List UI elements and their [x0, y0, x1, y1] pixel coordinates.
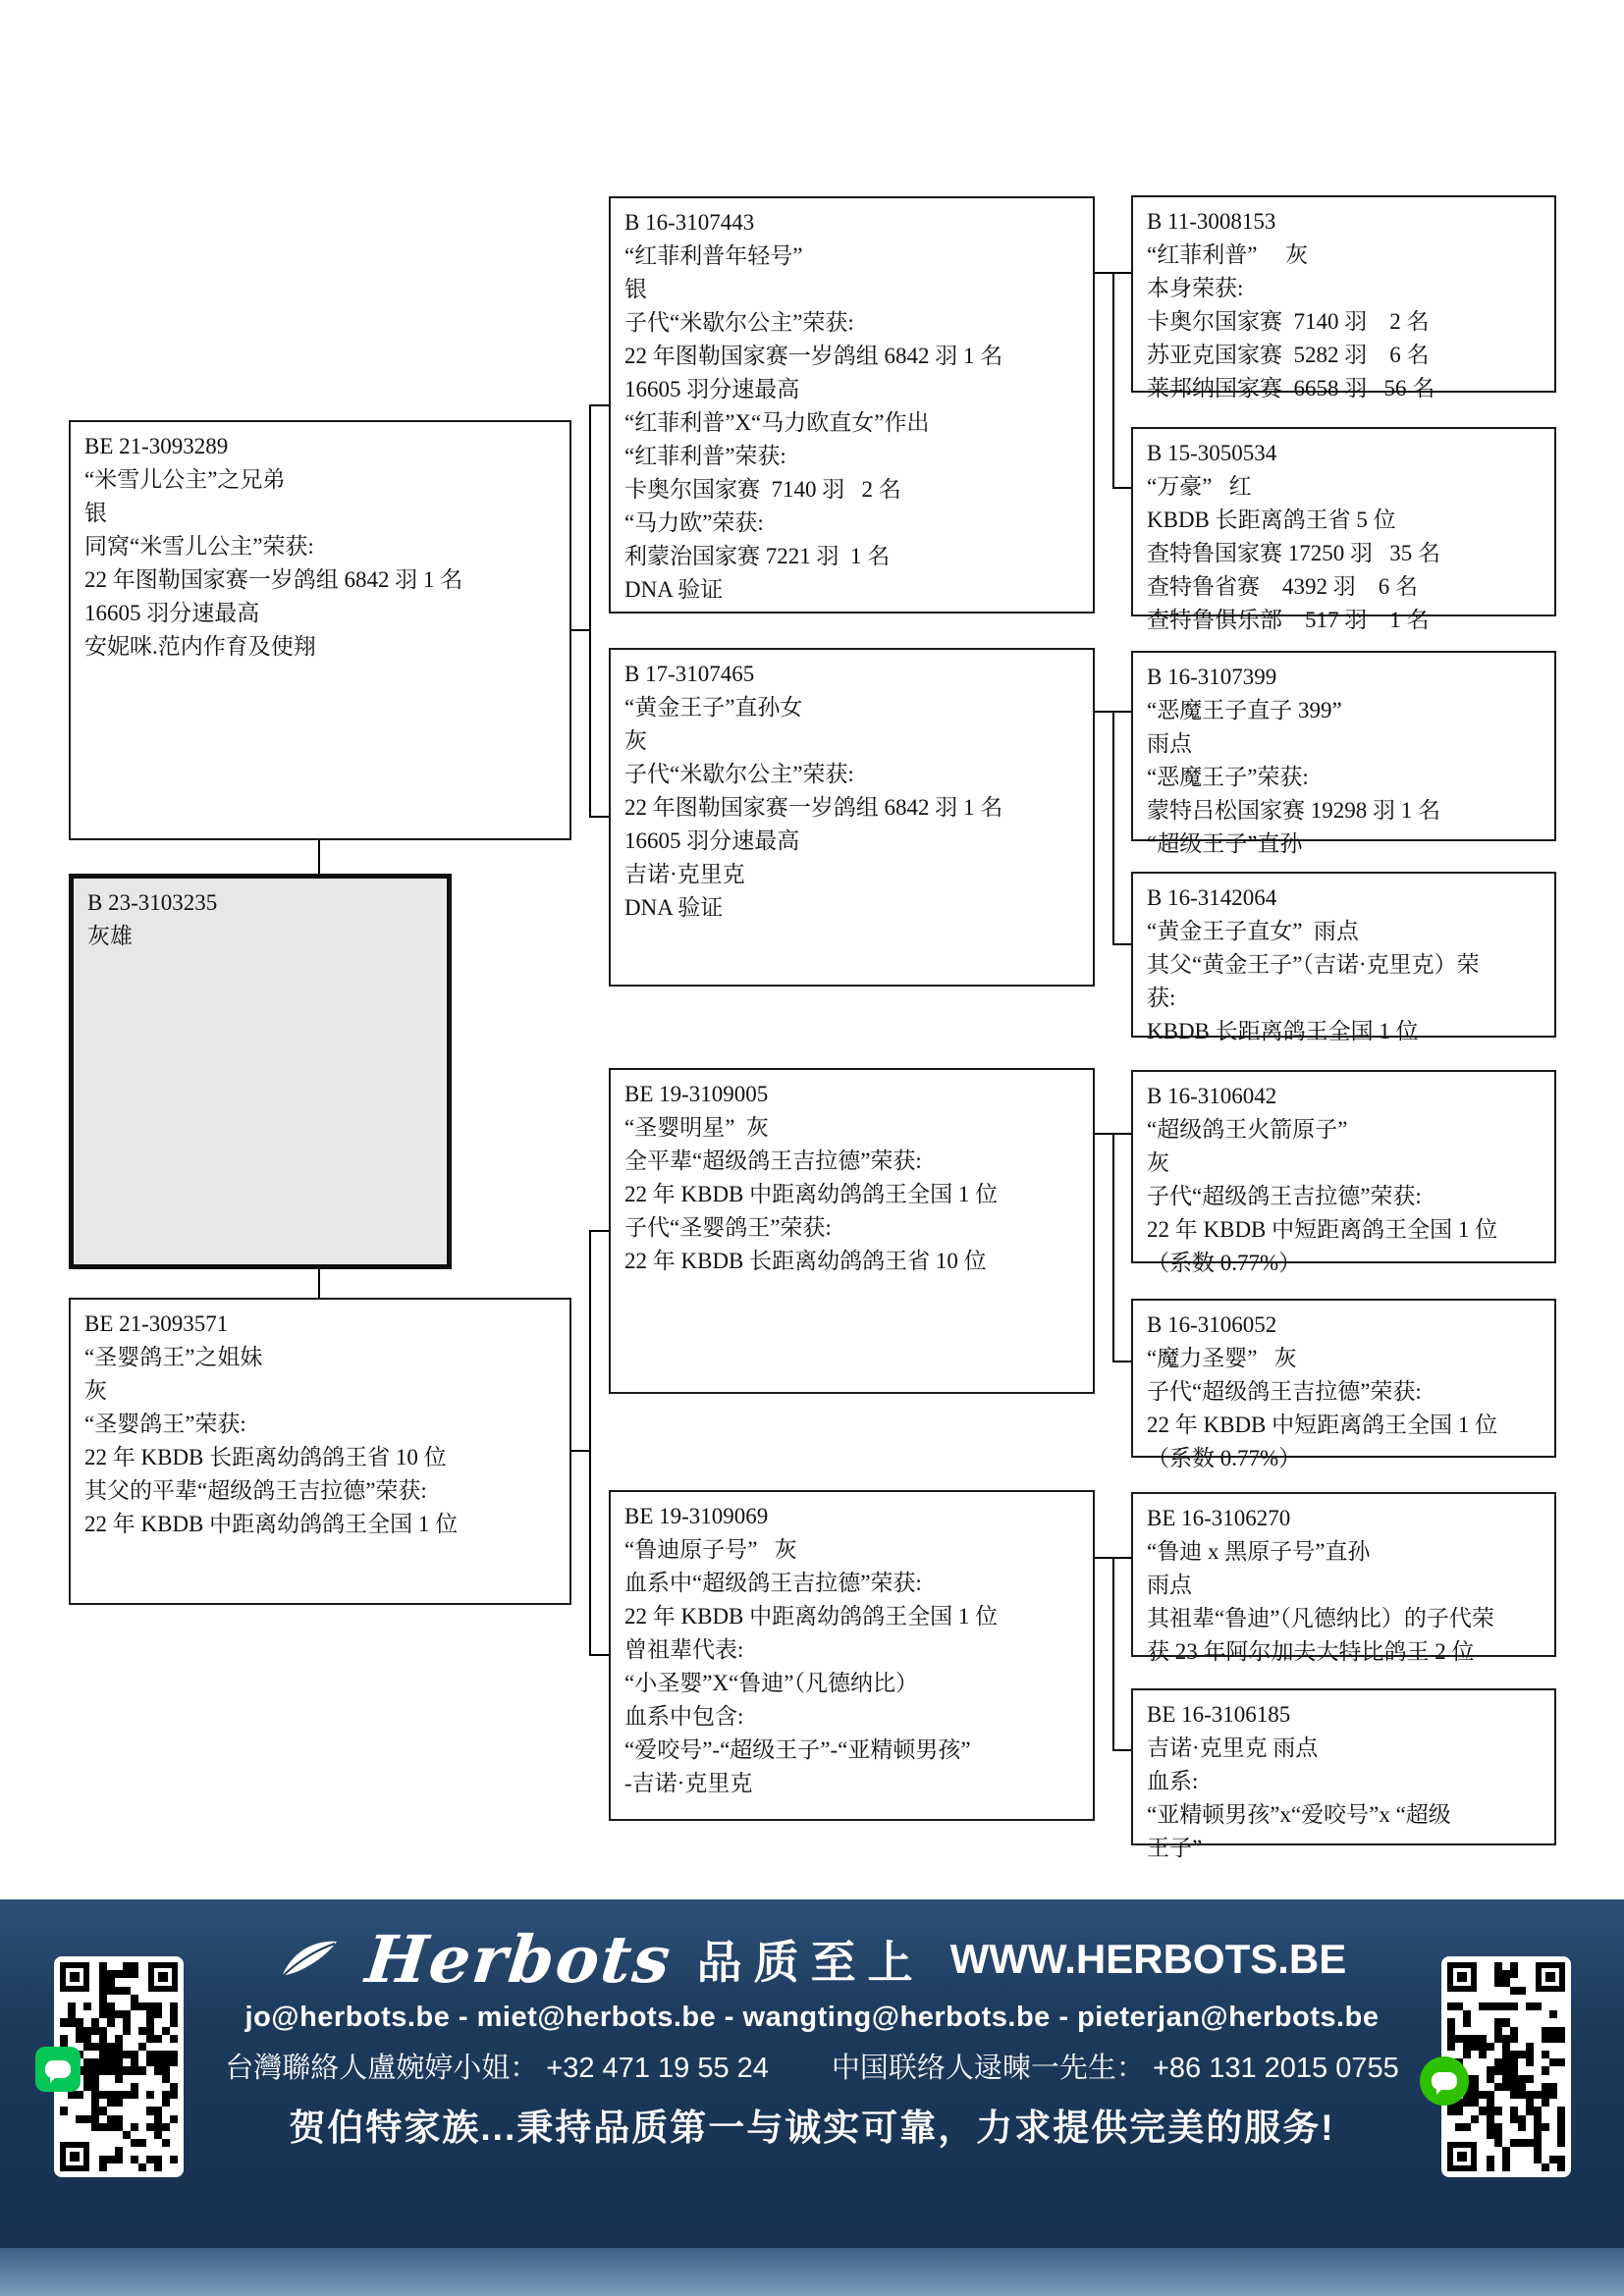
pedigree-text-line: 安妮咪.范内作育及使翔 [84, 630, 560, 664]
pedigree-text-line: B 11-3008153 [1147, 205, 1544, 239]
pedigree-text-line: 王子” [1147, 1832, 1544, 1865]
pedigree-text-line: 查特鲁俱乐部 517 羽 1 名 [1147, 604, 1544, 637]
pedigree-text-line: 22 年 KBDB 中短距离鸽王全国 1 位 [1147, 1409, 1544, 1442]
pedigree-text-line: 16605 羽分速最高 [624, 825, 1083, 858]
pedigree-text-line: B 23-3103235 [87, 886, 437, 920]
connector-line [589, 404, 609, 406]
qr-finder-icon [1447, 1962, 1477, 1992]
pedigree-text-line: 雨点 [1147, 727, 1544, 761]
connector-line [589, 1230, 591, 1656]
connector-line [589, 1230, 609, 1232]
pedigree-text-line: -吉诺·克里克 [624, 1767, 1083, 1800]
pedigree-text-line: B 16-3142064 [1147, 881, 1544, 915]
pedigree-text-line: KBDB 长距离鸽王省 5 位 [1147, 504, 1544, 537]
connector-line [589, 404, 591, 818]
pedigree-text-line: “鲁迪 x 黑原子号”直孙 [1147, 1535, 1544, 1569]
pedigree-text-line: 其父的平辈“超级鸽王吉拉德”荣获: [84, 1474, 560, 1508]
connector-line [318, 840, 320, 874]
connector-line [1112, 1557, 1114, 1751]
pedigree-box-father: BE 21-3093289“米雪儿公主”之兄弟银同窝“米雪儿公主”荣获:22 年… [69, 420, 571, 840]
pedigree-box-grandsire-1: B 16-3107443“红菲利普年轻号”银子代“米歇尔公主”荣获:22 年图勒… [609, 196, 1095, 614]
footer-banner: Herbots 品质至上 WWW.HERBOTS.BE jo@herbots.b… [0, 1899, 1624, 2248]
pedigree-text-line: “超级王子”直孙 [1147, 828, 1544, 861]
pedigree-text-line: 莱邦纳国家赛 6658 羽 56 名 [1147, 372, 1544, 405]
pedigree-text-line: “亚精顿男孩”x“爱咬号”x “超级 [1147, 1798, 1544, 1832]
connector-line [589, 1654, 609, 1656]
pedigree-text-line: 22 年 KBDB 长距离幼鸽鸽王省 10 位 [84, 1441, 560, 1474]
pedigree-text-line: 吉诺·克里克 [624, 858, 1083, 891]
pedigree-text-line: 同窝“米雪儿公主”荣获: [84, 530, 560, 563]
pedigree-text-line: 灰 [84, 1374, 560, 1408]
pedigree-text-line: “圣婴鸽王”荣获: [84, 1408, 560, 1441]
pedigree-text-line: 22 年图勒国家赛一岁鸽组 6842 羽 1 名 [624, 340, 1083, 373]
pedigree-box-granddam-1: B 17-3107465“黄金王子”直孙女灰子代“米歇尔公主”荣获:22 年图勒… [609, 648, 1095, 987]
pedigree-text-line: （系数 0.77%） [1147, 1442, 1544, 1475]
pedigree-box-grandsire-2: BE 19-3109005“圣婴明星” 灰全平辈“超级鸽王吉拉德”荣获:22 年… [609, 1068, 1095, 1394]
pedigree-text-line: “鲁迪原子号” 灰 [624, 1533, 1083, 1567]
pedigree-text-line: 22 年 KBDB 中距离幼鸽鸽王全国 1 位 [624, 1178, 1083, 1211]
pedigree-text-line: 灰 [1147, 1147, 1544, 1180]
pedigree-text-line: 子代“超级鸽王吉拉德”荣获: [1147, 1180, 1544, 1213]
pedigree-text-line: B 16-3106052 [1147, 1308, 1544, 1342]
pedigree-text-line: 22 年 KBDB 中距离幼鸽鸽王全国 1 位 [84, 1508, 560, 1541]
contact-china: 中国联络人逯暕一先生： +86 131 2015 0755 [832, 2046, 1399, 2086]
line-app-icon [35, 2047, 81, 2092]
website-url: WWW.HERBOTS.BE [950, 1936, 1347, 1983]
pedigree-text-line: “圣婴鸽王”之姐妹 [84, 1341, 560, 1374]
pedigree-text-line: 血系: [1147, 1765, 1544, 1798]
qr-finder-icon [60, 1962, 89, 1992]
pedigree-text-line: 全平辈“超级鸽王吉拉德”荣获: [624, 1145, 1083, 1178]
pedigree-text-line: 蒙特吕松国家赛 19298 羽 1 名 [1147, 794, 1544, 828]
pedigree-text-line: 获 23 年阿尔加夫大特比鸽王 2 位 [1147, 1635, 1544, 1669]
connector-line [1112, 711, 1114, 945]
pedigree-box-ggp-8: BE 16-3106185吉诺·克里克 雨点血系:“亚精顿男孩”x“爱咬号”x … [1131, 1688, 1556, 1845]
pedigree-text-line: 利蒙治国家赛 7221 羽 1 名 [624, 540, 1083, 573]
brand-tagline: 品质至上 [697, 1927, 925, 1992]
pedigree-text-line: 子代“超级鸽王吉拉德”荣获: [1147, 1375, 1544, 1409]
pedigree-text-line: B 16-3107443 [624, 206, 1083, 240]
pedigree-text-line: B 16-3107399 [1147, 661, 1544, 694]
pedigree-text-line: 灰 [624, 724, 1083, 758]
contact-taiwan: 台灣聯絡人盧婉婷小姐： +32 471 19 55 24 [225, 2046, 769, 2086]
pedigree-page: BE 21-3093289“米雪儿公主”之兄弟银同窝“米雪儿公主”荣获:22 年… [0, 0, 1624, 2296]
footer-bottom-strip [0, 2248, 1624, 2296]
pedigree-text-line: “小圣婴”X“鲁迪”（凡德纳比） [624, 1667, 1083, 1700]
pedigree-text-line: “红菲利普”X“马力欧直女”作出 [624, 406, 1083, 440]
pedigree-text-line: 灰雄 [87, 920, 437, 953]
pedigree-text-line: 16605 羽分速最高 [624, 373, 1083, 406]
wechat-icon [1420, 2056, 1469, 2106]
pedigree-text-line: “黄金王子直女” 雨点 [1147, 915, 1544, 948]
pedigree-text-line: DNA 验证 [624, 891, 1083, 925]
footer-slogan: 贺伯特家族...秉持品质第一与诚实可靠，力求提供完美的服务! [289, 2098, 1334, 2151]
pedigree-text-line: （系数 0.77%） [1147, 1247, 1544, 1280]
pedigree-text-line: BE 19-3109069 [624, 1500, 1083, 1533]
connector-line [1112, 1749, 1131, 1751]
pedigree-text-line: 卡奥尔国家赛 7140 羽 2 名 [1147, 305, 1544, 339]
pedigree-text-line: B 15-3050534 [1147, 437, 1544, 470]
pedigree-text-line: 其祖辈“鲁迪”（凡德纳比）的子代荣 [1147, 1602, 1544, 1635]
pedigree-box-ggp-5: B 16-3106042“超级鸽王火箭原子”灰子代“超级鸽王吉拉德”荣获:22 … [1131, 1070, 1556, 1263]
pedigree-text-line: “黄金王子”直孙女 [624, 691, 1083, 724]
pedigree-text-line: BE 19-3109005 [624, 1078, 1083, 1111]
pedigree-text-line: BE 16-3106270 [1147, 1502, 1544, 1535]
pedigree-box-granddam-2: BE 19-3109069“鲁迪原子号” 灰血系中“超级鸽王吉拉德”荣获:22 … [609, 1490, 1095, 1821]
pedigree-text-line: DNA 验证 [624, 573, 1083, 607]
pedigree-box-ggp-7: BE 16-3106270“鲁迪 x 黑原子号”直孙雨点其祖辈“鲁迪”（凡德纳比… [1131, 1492, 1556, 1657]
pedigree-text-line: 22 年 KBDB 中短距离鸽王全国 1 位 [1147, 1213, 1544, 1247]
pedigree-text-line: BE 21-3093571 [84, 1308, 560, 1341]
pedigree-text-line: “米雪儿公主”之兄弟 [84, 463, 560, 497]
pedigree-text-line: 查特鲁省赛 4392 羽 6 名 [1147, 570, 1544, 604]
pedigree-text-line: KBDB 长距离鸽王全国 1 位 [1147, 1015, 1544, 1048]
brand-logo: Herbots [362, 1927, 675, 1992]
pedigree-text-line: “恶魔王子直子 399” [1147, 694, 1544, 727]
pedigree-text-line: BE 16-3106185 [1147, 1698, 1544, 1732]
pedigree-text-line: 曾祖辈代表: [624, 1633, 1083, 1667]
email-addresses: jo@herbots.be - miet@herbots.be - wangti… [245, 2002, 1380, 2034]
pedigree-text-line: 22 年图勒国家赛一岁鸽组 6842 羽 1 名 [84, 563, 560, 597]
pedigree-text-line: B 17-3107465 [624, 658, 1083, 691]
connector-line [1112, 272, 1114, 489]
pedigree-text-line: 其父“黄金王子”（吉诺·克里克）荣 [1147, 948, 1544, 982]
pedigree-text-line: 雨点 [1147, 1569, 1544, 1602]
qr-finder-icon [60, 2142, 89, 2171]
qr-finder-icon [148, 1962, 178, 1992]
pedigree-box-ggp-1: B 11-3008153“红菲利普” 灰本身荣获:卡奥尔国家赛 7140 羽 2… [1131, 195, 1556, 393]
connector-line [589, 816, 609, 818]
pedigree-text-line: 22 年 KBDB 中距离幼鸽鸽王全国 1 位 [624, 1600, 1083, 1633]
pedigree-text-line: 子代“圣婴鸽王”荣获: [624, 1211, 1083, 1245]
pedigree-text-line: 子代“米歇尔公主”荣获: [624, 758, 1083, 791]
pedigree-text-line: 血系中包含: [624, 1700, 1083, 1734]
connector-line [1112, 943, 1131, 945]
pedigree-text-line: 查特鲁国家赛 17250 羽 35 名 [1147, 537, 1544, 570]
connector-line [571, 629, 590, 631]
pedigree-text-line: “圣婴明星” 灰 [624, 1111, 1083, 1145]
pedigree-text-line: BE 21-3093289 [84, 430, 560, 463]
pedigree-text-line: 本身荣获: [1147, 272, 1544, 305]
connector-line [318, 1269, 320, 1298]
brand-row: Herbots 品质至上 WWW.HERBOTS.BE [278, 1927, 1347, 1992]
pedigree-text-line: 子代“米歇尔公主”荣获: [624, 306, 1083, 340]
pedigree-text-line: B 16-3106042 [1147, 1080, 1544, 1113]
pedigree-text-line: 苏亚克国家赛 5282 羽 6 名 [1147, 339, 1544, 372]
pedigree-text-line: “爱咬号”-“超级王子”-“亚精顿男孩” [624, 1734, 1083, 1767]
connector-line [1112, 1361, 1131, 1362]
pedigree-text-line: “红菲利普”荣获: [624, 440, 1083, 473]
pedigree-text-line: “红菲利普年轻号” [624, 240, 1083, 273]
footer-content: Herbots 品质至上 WWW.HERBOTS.BE jo@herbots.b… [201, 1927, 1423, 2151]
qr-finder-icon [1447, 2142, 1477, 2171]
pedigree-box-ggp-4: B 16-3142064“黄金王子直女” 雨点其父“黄金王子”（吉诺·克里克）荣… [1131, 872, 1556, 1038]
qr-finder-icon [1536, 1962, 1565, 1992]
connector-line [571, 1450, 590, 1452]
pedigree-text-line: 22 年 KBDB 长距离幼鸽鸽王省 10 位 [624, 1245, 1083, 1278]
pedigree-text-line: 吉诺·克里克 雨点 [1147, 1732, 1544, 1765]
pedigree-text-line: 获: [1147, 982, 1544, 1015]
pedigree-box-subject: B 23-3103235灰雄 [69, 874, 452, 1269]
contact-row: 台灣聯絡人盧婉婷小姐： +32 471 19 55 24 中国联络人逯暕一先生：… [225, 2046, 1398, 2086]
pedigree-text-line: “马力欧”荣获: [624, 507, 1083, 540]
pedigree-box-ggp-2: B 15-3050534“万豪” 红KBDB 长距离鸽王省 5 位查特鲁国家赛 … [1131, 427, 1556, 616]
pedigree-text-line: “超级鸽王火箭原子” [1147, 1113, 1544, 1147]
pedigree-text-line: 血系中“超级鸽王吉拉德”荣获: [624, 1567, 1083, 1600]
pedigree-text-line: 银 [624, 273, 1083, 306]
pedigree-text-line: 22 年图勒国家赛一岁鸽组 6842 羽 1 名 [624, 791, 1083, 825]
pedigree-text-line: 16605 羽分速最高 [84, 597, 560, 630]
connector-line [1112, 487, 1131, 489]
pedigree-box-ggp-6: B 16-3106052“魔力圣婴” 灰子代“超级鸽王吉拉德”荣获:22 年 K… [1131, 1299, 1556, 1458]
feather-icon [278, 1938, 341, 1981]
pedigree-text-line: 银 [84, 497, 560, 530]
pedigree-text-line: “恶魔王子”荣获: [1147, 761, 1544, 794]
pedigree-text-line: “红菲利普” 灰 [1147, 239, 1544, 272]
connector-line [1112, 1133, 1114, 1362]
pedigree-text-line: 卡奥尔国家赛 7140 羽 2 名 [624, 473, 1083, 507]
pedigree-text-line: “魔力圣婴” 灰 [1147, 1342, 1544, 1375]
pedigree-box-mother: BE 21-3093571“圣婴鸽王”之姐妹灰“圣婴鸽王”荣获:22 年 KBD… [69, 1298, 571, 1605]
pedigree-box-ggp-3: B 16-3107399“恶魔王子直子 399”雨点“恶魔王子”荣获:蒙特吕松国… [1131, 651, 1556, 841]
pedigree-text-line: “万豪” 红 [1147, 470, 1544, 504]
